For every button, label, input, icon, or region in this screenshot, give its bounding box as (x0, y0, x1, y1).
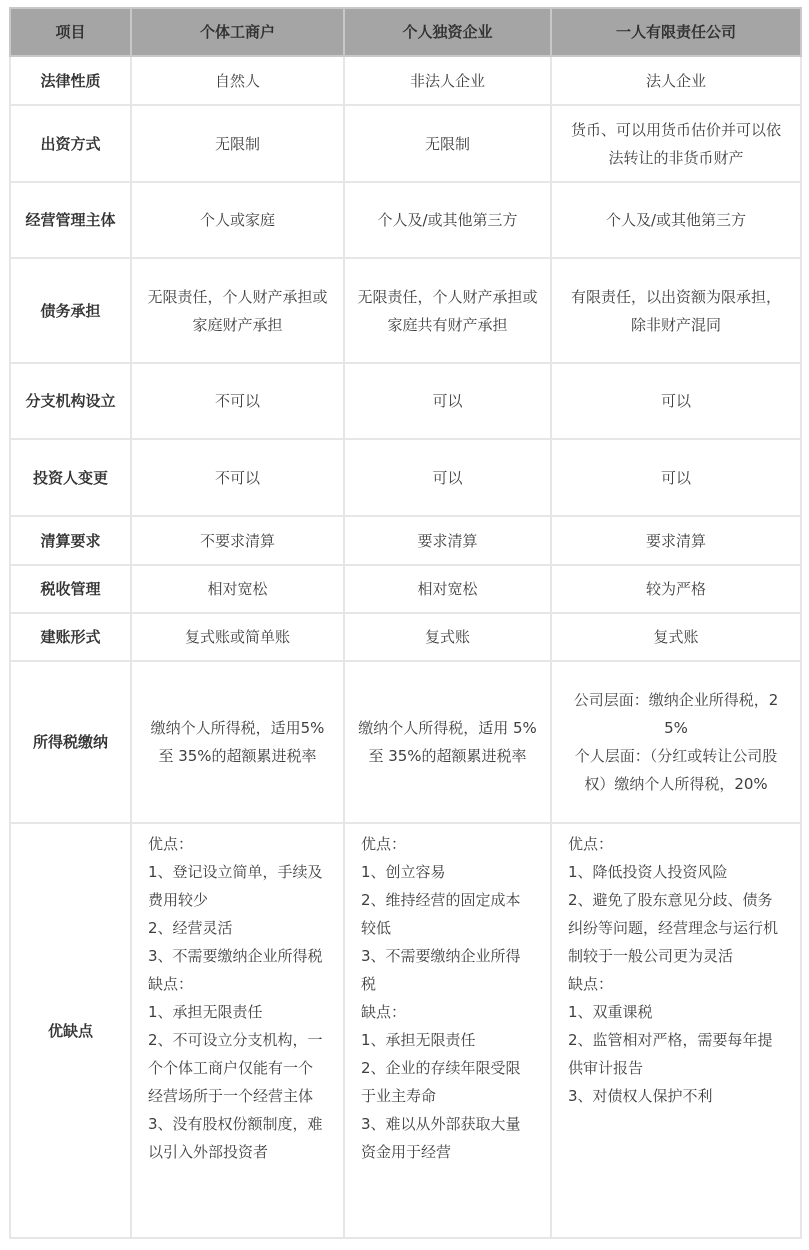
header-individual-business: 个体工商户 (131, 8, 344, 56)
table-row: 分支机构设立 不可以 可以 可以 (10, 363, 801, 439)
header-item: 项目 (10, 8, 131, 56)
cell: 相对宽松 (131, 565, 344, 613)
row-label: 出资方式 (10, 105, 131, 182)
list-item: 3、对债权人保护不利 (568, 1082, 784, 1110)
cell: 可以 (551, 363, 801, 439)
cell: 复式账 (551, 613, 801, 661)
table-row: 清算要求 不要求清算 要求清算 要求清算 (10, 516, 801, 565)
cell: 要求清算 (551, 516, 801, 565)
cell: 公司层面：缴纳企业所得税，25% 个人层面：（分红或转让公司股权）缴纳个人所得税… (551, 661, 801, 823)
row-label: 建账形式 (10, 613, 131, 661)
list-item: 2、避免了股东意见分歧、债务纠纷等问题，经营理念与运行机制较于一般公司更为灵活 (568, 886, 784, 970)
row-label: 法律性质 (10, 56, 131, 105)
list-item: 2、监管相对严格，需要每年提供审计报告 (568, 1026, 784, 1082)
cell: 无限责任，个人财产承担或家庭财产承担 (131, 258, 344, 363)
list-item: 1、承担无限责任 (148, 998, 327, 1026)
header-row: 项目 个体工商户 个人独资企业 一人有限责任公司 (10, 8, 801, 56)
cell: 较为严格 (551, 565, 801, 613)
cell: 不可以 (131, 363, 344, 439)
cell: 自然人 (131, 56, 344, 105)
list-item: 1、承担无限责任 (361, 1026, 534, 1054)
cell: 不要求清算 (131, 516, 344, 565)
table-row: 建账形式 复式账或简单账 复式账 复式账 (10, 613, 801, 661)
table-row: 投资人变更 不可以 可以 可以 (10, 439, 801, 516)
list-item: 1、登记设立简单，手续及费用较少 (148, 858, 327, 914)
list-item: 3、没有股权份额制度，难以引入外部投资者 (148, 1110, 327, 1166)
list-item: 3、难以从外部获取大量资金用于经营 (361, 1110, 534, 1166)
header-one-person-llc: 一人有限责任公司 (551, 8, 801, 56)
pros-cons-row: 优缺点 优点：1、登记设立简单，手续及费用较少2、经营灵活3、不需要缴纳企业所得… (10, 823, 801, 1238)
list-item: 优点： (361, 830, 534, 858)
list-item: 2、不可设立分支机构，一个个体工商户仅能有一个经营场所于一个经营主体 (148, 1026, 327, 1110)
cell: 缴纳个人所得税，适用5%至 35%的超额累进税率 (131, 661, 344, 823)
row-label: 优缺点 (10, 823, 131, 1238)
list-item: 1、创立容易 (361, 858, 534, 886)
cell: 可以 (344, 439, 551, 516)
list-item: 优点： (148, 830, 327, 858)
cell: 复式账或简单账 (131, 613, 344, 661)
row-label: 税收管理 (10, 565, 131, 613)
table-row: 法律性质 自然人 非法人企业 法人企业 (10, 56, 801, 105)
cell: 可以 (551, 439, 801, 516)
cell: 个人及/或其他第三方 (551, 182, 801, 258)
cell: 无限制 (344, 105, 551, 182)
cell: 缴纳个人所得税，适用 5%至 35%的超额累进税率 (344, 661, 551, 823)
header-sole-proprietorship: 个人独资企业 (344, 8, 551, 56)
cell: 要求清算 (344, 516, 551, 565)
list-item: 优点： (568, 830, 784, 858)
row-label: 债务承担 (10, 258, 131, 363)
list-item: 缺点： (148, 970, 327, 998)
pros-cons-list: 优点：1、创立容易2、维持经营的固定成本较低3、不需要缴纳企业所得税缺点：1、承… (344, 823, 551, 1238)
pros-cons-list: 优点：1、降低投资人投资风险2、避免了股东意见分歧、债务纠纷等问题，经营理念与运… (551, 823, 801, 1238)
cell: 货币、可以用货币估价并可以依法转让的非货币财产 (551, 105, 801, 182)
table-row: 出资方式 无限制 无限制 货币、可以用货币估价并可以依法转让的非货币财产 (10, 105, 801, 182)
list-item: 缺点： (568, 970, 784, 998)
list-item: 2、维持经营的固定成本较低 (361, 886, 534, 942)
comparison-table: 项目 个体工商户 个人独资企业 一人有限责任公司 法律性质 自然人 非法人企业 … (9, 7, 802, 1239)
cell: 复式账 (344, 613, 551, 661)
cell: 不可以 (131, 439, 344, 516)
row-label: 投资人变更 (10, 439, 131, 516)
list-item: 1、降低投资人投资风险 (568, 858, 784, 886)
row-label: 经营管理主体 (10, 182, 131, 258)
cell: 个人及/或其他第三方 (344, 182, 551, 258)
list-item: 3、不需要缴纳企业所得税 (148, 942, 327, 970)
cell: 非法人企业 (344, 56, 551, 105)
list-item: 1、双重课税 (568, 998, 784, 1026)
pros-cons-list: 优点：1、登记设立简单，手续及费用较少2、经营灵活3、不需要缴纳企业所得税缺点：… (131, 823, 344, 1238)
cell: 有限责任，以出资额为限承担，除非财产混同 (551, 258, 801, 363)
cell: 法人企业 (551, 56, 801, 105)
cell: 相对宽松 (344, 565, 551, 613)
cell: 个人或家庭 (131, 182, 344, 258)
row-label: 所得税缴纳 (10, 661, 131, 823)
table-row: 所得税缴纳 缴纳个人所得税，适用5%至 35%的超额累进税率 缴纳个人所得税，适… (10, 661, 801, 823)
cell: 可以 (344, 363, 551, 439)
list-item: 2、企业的存续年限受限于业主寿命 (361, 1054, 534, 1110)
list-item: 缺点： (361, 998, 534, 1026)
cell: 无限制 (131, 105, 344, 182)
list-item: 2、经营灵活 (148, 914, 327, 942)
row-label: 分支机构设立 (10, 363, 131, 439)
cell: 无限责任，个人财产承担或家庭共有财产承担 (344, 258, 551, 363)
table-row: 税收管理 相对宽松 相对宽松 较为严格 (10, 565, 801, 613)
row-label: 清算要求 (10, 516, 131, 565)
list-item: 3、不需要缴纳企业所得税 (361, 942, 534, 998)
table-row: 债务承担 无限责任，个人财产承担或家庭财产承担 无限责任，个人财产承担或家庭共有… (10, 258, 801, 363)
table-row: 经营管理主体 个人或家庭 个人及/或其他第三方 个人及/或其他第三方 (10, 182, 801, 258)
